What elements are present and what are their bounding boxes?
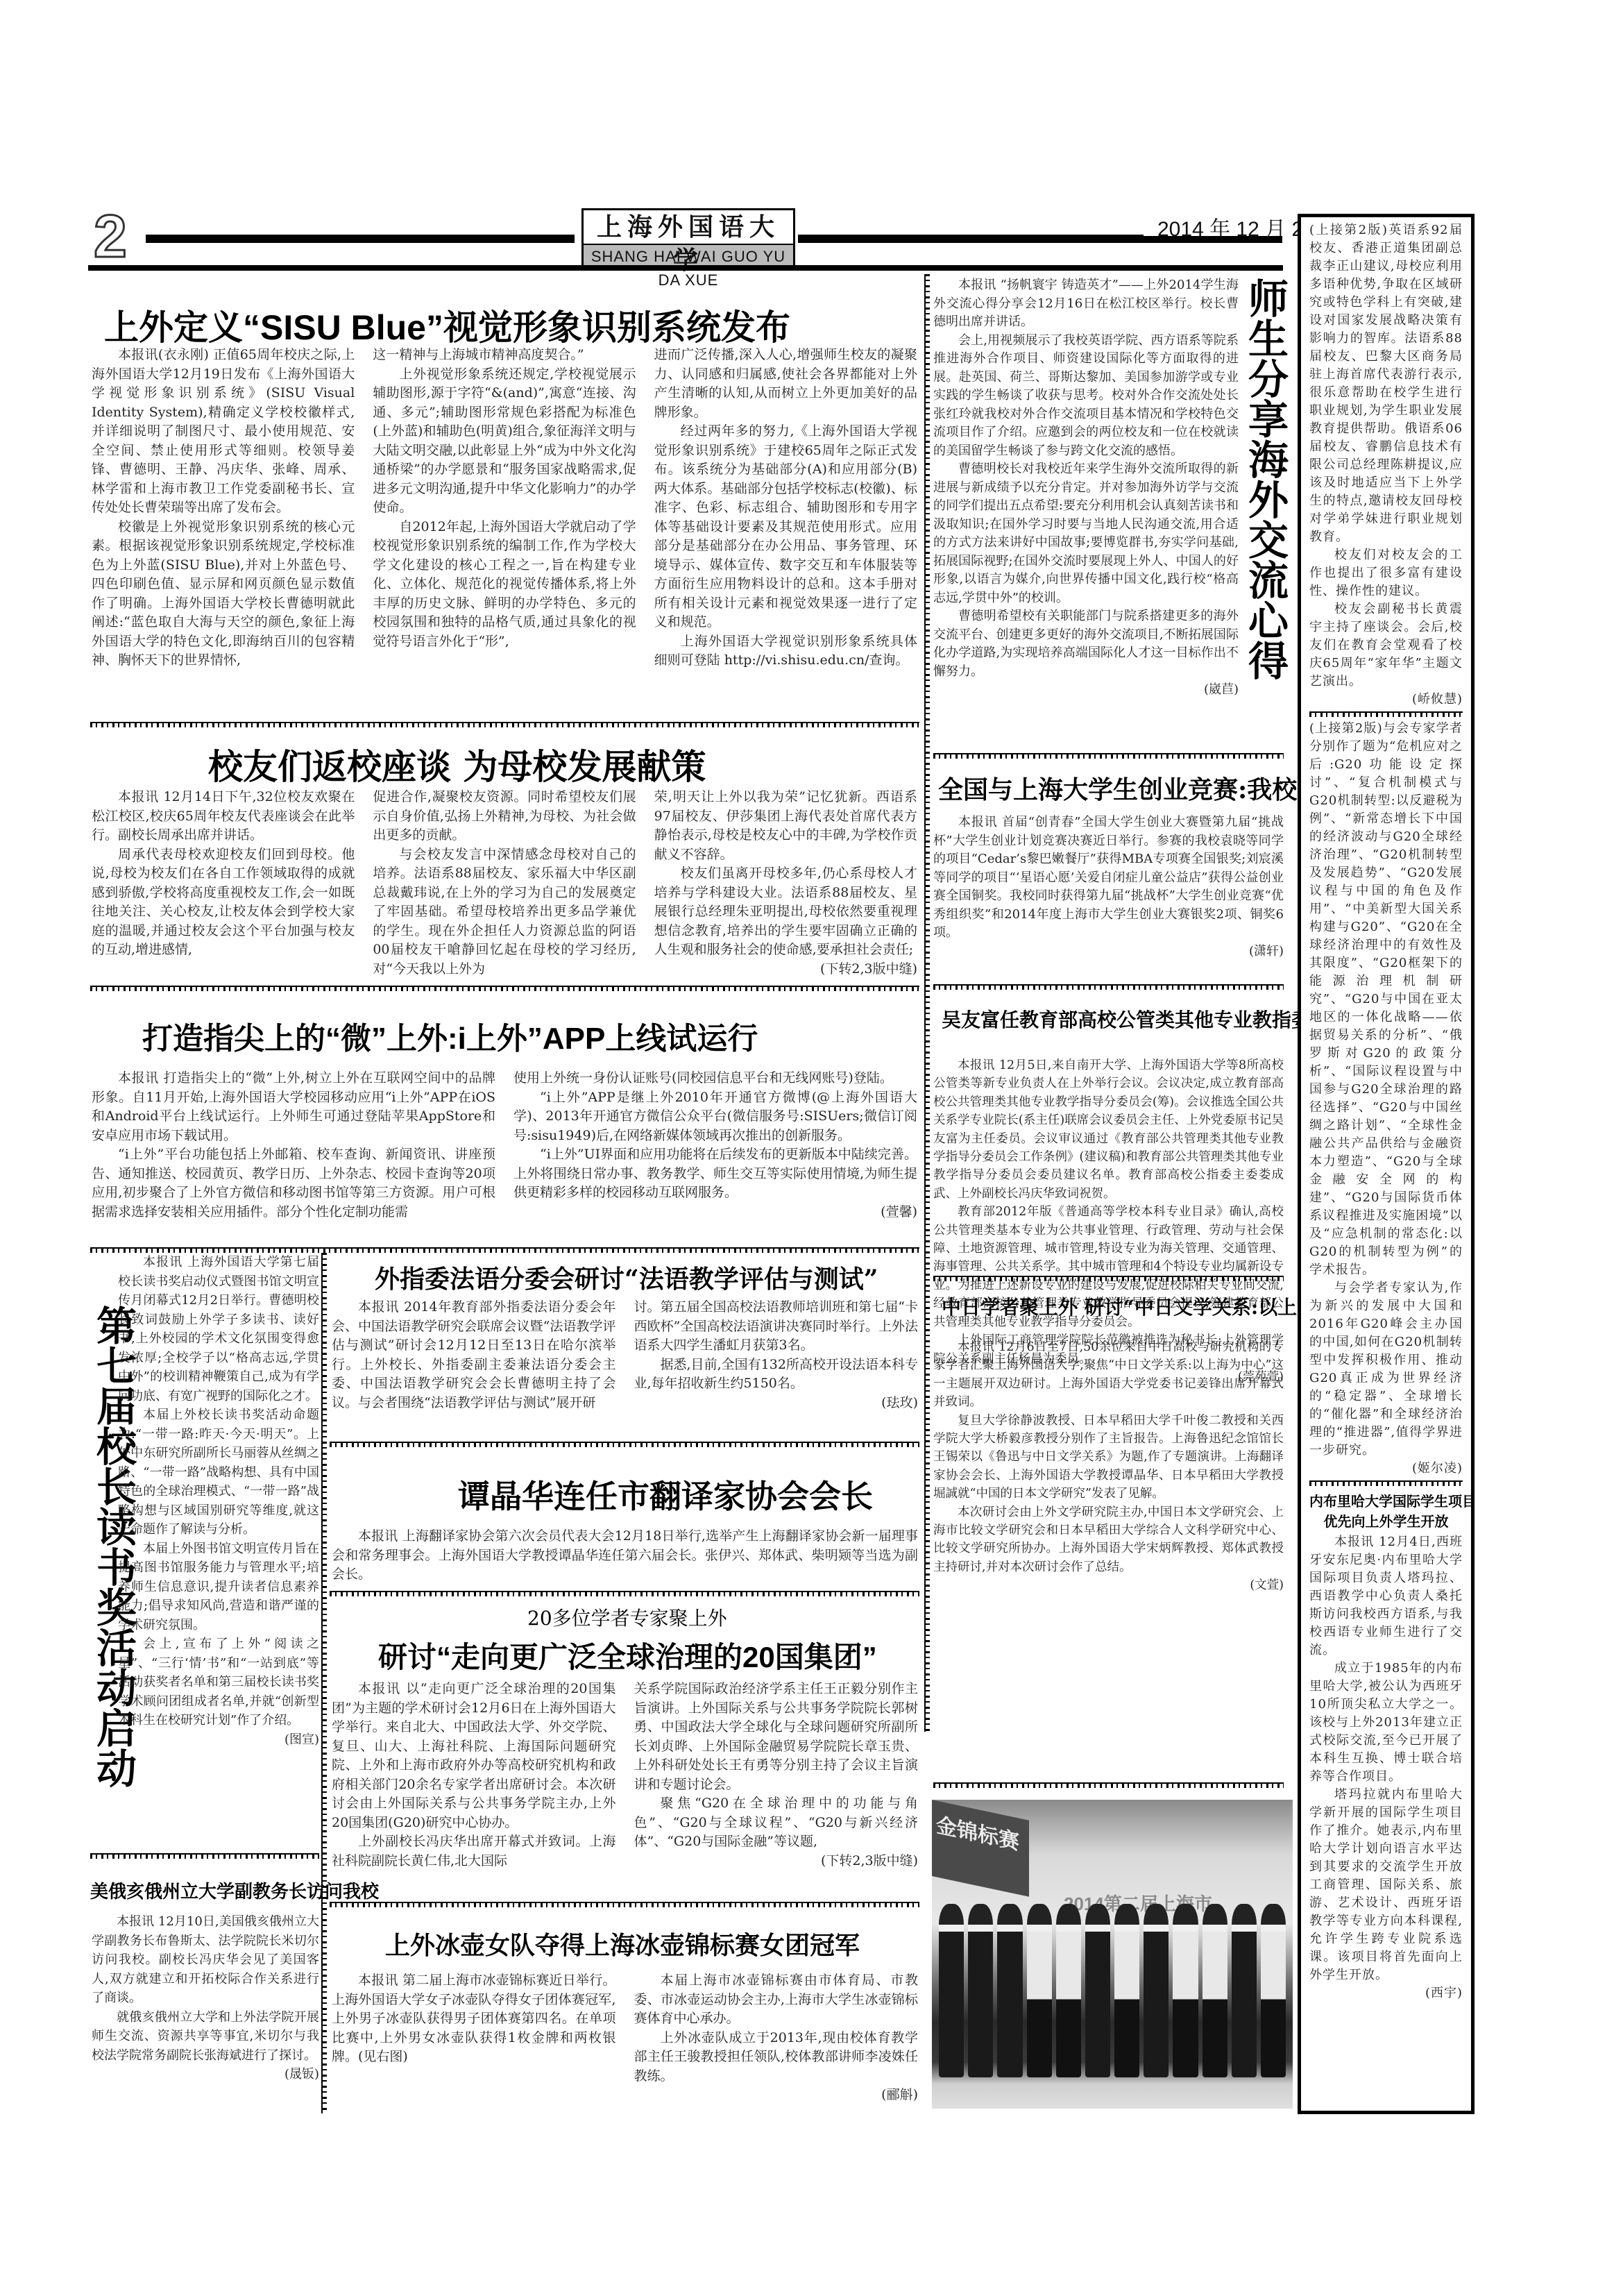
sidebar-alumni-byline: (峤攸慧) [1309,691,1463,709]
sisu-blue-para-4: 上外视觉形象系统还规定,学校视觉展示辅助图形,源于字符“&(and)”,寓意“连… [373,365,636,518]
ohio-para-2: 就俄亥俄州立大学和上外法学院开展师生交流、资源共享等事宜,米切尔与我校法学院常务… [92,2008,319,2066]
g20-para-2: 上外副校长冯庆华出席开幕式并致词。上海社科院副院长黄仁伟,北大国际 [332,1832,616,1871]
sidebar-alumni-para-1: (上接第2版)英语系92届校友、香港正道集团副总裁李正山建议,母校应利用多语种优… [1309,221,1463,546]
headline-curling: 上外冰壶女队夺得上海冰壶锦标赛女团冠军 [385,1926,860,1961]
article-translator: 本报讯 上海翻译家协会第六次会员代表大会12月18日举行,选举产生上海翻译家协会… [332,1527,918,1585]
alumni-para-4: 与会校友发言中深情感念母校对自己的培养。法语系88届校友、家乐福大中华区副总裁戴… [373,845,636,979]
ohio-para-1: 本报讯 12月10日,美国俄亥俄州立大学副教务长布鲁斯太、法学院院长米切尔访问我… [92,1912,319,2008]
alumni-para-2: 周承代表母校欢迎校友们回到母校。他说,母校为校友们在各自工作领域取得的成就感到骄… [92,845,355,960]
sino-japan-byline: (文萱) [933,1576,1284,1594]
sidebar-g20-cont: (上接第2版)与会专家学者分别作了题为“危机应对之后:G20功能设定探讨”、“复… [1309,720,1463,1478]
exchange-para-4: 曹德明希望校有关职能部门与院系搭建更多的海外交流平台、创建更多更好的海外交流项目… [933,607,1239,681]
app-para-3: 使用上外统一身份认证账号(同校园信息平台和无线网账号)登陆。 [513,1069,917,1088]
photo-people [939,1904,1286,2077]
app-byline: (萱馨) [513,1203,917,1222]
sisu-blue-para-8: 上海外国语大学视觉识别形象系统具体细则可登陆 http://vi.shisu.e… [654,632,917,670]
sisu-blue-para-6: 进而广泛传播,深入人心,增强师生校友的凝聚力、认同感和归属感,使社会各界都能对上… [654,346,917,422]
article-sisu-blue: 本报讯(衣永刚) 正值65周年校庆之际,上海外国语大学12月19日发布《上海外国… [92,346,917,720]
headline-sisu-blue: 上外定义“SISU Blue”视觉形象识别系统发布 [104,300,790,350]
g20-para-3: 关系学院国际政治经济学系主任王正毅分别作主旨演讲。上外国际关系与公共事务学院院长… [634,1680,919,1794]
sidebar-g20-byline: (姬尔凌) [1309,1460,1463,1478]
article-ohio: 本报讯 12月10日,美国俄亥俄州立大学副教务长布鲁斯太、法学院院长米切尔访问我… [92,1912,319,2084]
headline-alumni: 校友们返校座谈 为母校发展献策 [208,739,706,789]
exchange-byline: (崴苣) [933,681,1239,700]
sisu-blue-para-5: 自2012年起,上海外国语大学就启动了学校视觉形象识别系统的编制工作,作为学校大… [373,518,636,652]
article-reading-award: 本报讯 上海外国语大学第七届校长读书奖启动仪式暨图书馆文明宣传月闭幕式12月2日… [118,1253,319,1749]
divider [90,1247,919,1253]
alumni-para-1: 本报讯 12月14日下午,32位校友欢聚在松江校区,校庆65周年校友代表座谈会在… [92,788,355,845]
masthead-rule-left [146,235,575,243]
curling-para-3: 上外冰壶队成立于2013年,现由校体育教学部主任王骏教授担任领队,校体教部讲师李… [634,2029,919,2086]
divider [933,1782,1284,1788]
article-app: 本报讯 打造指尖上的“微”上外,树立上外在互联网空间中的品牌形象。自11月开始,… [92,1069,917,1256]
photo-banner: 金锦标赛 [932,1800,1029,1897]
article-sino-japan: 本报讯 12月6日至7日,50余位来自中日高校与研究机构的专家学者汇聚上海外国语… [933,1338,1284,1595]
headline-nebrija-1: 内布里哈大学国际学生项目 [1309,1490,1463,1510]
article-entrepreneur: 本报讯 首届“创青春”全国大学生创业大赛暨第九届“挑战杯”大学生创业计划竞赛决赛… [933,813,1284,961]
masthead-logo: 上海外国语大学 SHANG HAI WAI GUO YU DA XUE [581,208,795,269]
nebrija-para-1: 本报讯 12月4日,西班牙安东尼奥·内布里哈大学国际项目负责人塔玛拉、西语教学中… [1309,1533,1463,1660]
article-g20: 本报讯 以“走向更广泛全球治理的20国集团”为主题的学术研讨会12月6日在上海外… [332,1680,918,1888]
divider [330,1442,919,1447]
paper-name-cn: 上海外国语大学 [584,210,793,244]
g20-para-1: 本报讯 以“走向更广泛全球治理的20国集团”为主题的学术研讨会12月6日在上海外… [332,1680,616,1832]
reading-byline: (图宣) [118,1730,319,1750]
g20-kicker: 20多位学者专家聚上外 [527,1603,727,1631]
nebrija-para-3: 塔玛拉就内布里哈大学新开展的国际学生项目作了推介。她表示,内布里哈大学计划向语言… [1309,1786,1463,1984]
exchange-para-3: 曹德明校长对我校近年来学生海外交流所取得的新进展与新成绩予以充分肯定。并对参加海… [933,460,1239,607]
divider [90,986,919,991]
divider [90,1853,319,1859]
nebrija-byline: (西宇) [1309,1984,1463,2002]
sino-japan-para-3: 本次研讨会由上外文学研究院主办,中国日本文学研究会、上海市比较文学研究会和日本早… [933,1503,1284,1577]
wu-youfu-news: 本报讯 12月5日,来自南开大学、上海外国语大学等8所高校公管类等新专业负责人在… [933,1056,1284,1386]
nebrija-para-2: 成立于1985年的内布里哈大学,被公认为西班牙10所顶尖私立大学之一。该校与上外… [1309,1660,1463,1786]
divider [330,1591,919,1596]
divider [933,753,1284,759]
sidebar-continuations: (上接第2版)英语系92届校友、香港正道集团副总裁李正山建议,母校应利用多语种优… [1298,214,1475,2114]
exchange-para-2: 会上,用视频展示了我校英语学院、西方语系等院系推进海外合作项目、师资建设国际化等… [933,332,1239,461]
exchange-lead: 本报讯 “扬帆寰宇 铸造英才”——上外2014学生海外交流心得分享会12月16日… [933,276,1239,332]
article-curling: 本报讯 第二届上海市冰壶锦标赛近日举行。上海外国语大学女子冰壶队夺得女子团体赛冠… [332,1971,918,2110]
divider [933,1276,1284,1281]
reading-para-1: 本报讯 上海外国语大学第七届校长读书奖启动仪式暨图书馆文明宣传月闭幕式12月2日… [118,1253,319,1406]
reading-para-2: 本届上外校长读书奖活动命题为:“一带一路:昨天·今天·明天”。上外中东研究所副所… [118,1406,319,1539]
sisu-blue-para-1: 本报讯(衣永刚) 正值65周年校庆之际,上海外国语大学12月19日发布《上海外国… [92,346,355,518]
app-para-4: “i上外”APP是继上外2010年开通官方微博(@上海外国语大学)、2013年开… [513,1088,917,1146]
sino-japan-para-2: 复旦大学徐静波教授、日本早稻田大学千叶俊二教授和关西学院大学大桥毅彦教授分别作了… [933,1412,1284,1503]
sino-japan-para-1: 本报讯 12月6日至7日,50余位来自中日高校与研究机构的专家学者汇聚上海外国语… [933,1338,1284,1412]
headline-exchange: 师生分享海外交流心得 [1243,278,1286,680]
headline-french: 外指委法语分委会研讨“法语教学评估与测试” [375,1260,878,1295]
sidebar-nebrija: 本报讯 12月4日,西班牙安东尼奥·内布里哈大学国际项目负责人塔玛拉、西语教学中… [1309,1533,1463,2002]
curling-para-1: 本报讯 第二届上海市冰壶锦标赛近日举行。上海外国语大学女子冰壶队夺得女子团体赛冠… [332,1971,616,2067]
column-divider [924,274,930,1732]
sidebar-alumni-cont: (上接第2版)英语系92届校友、香港正道集团副总裁李正山建议,母校应利用多语种优… [1309,221,1463,709]
headline-nebrija-2: 优先向上外学生开放 [1309,1510,1463,1530]
alumni-para-6: 校友们虽离开母校多年,仍心系母校人才培养与学科建设大业。法语系88届校友、星展银… [654,864,917,960]
sidebar-alumni-para-3: 校友会副秘书长黄震宇主持了座谈会。会后,校友们在教育会堂观看了校庆65周年“家年… [1309,600,1463,691]
sidebar-alumni-para-2: 校友们对校友会的工作也提出了很多富有建设性、操作性的建议。 [1309,546,1463,600]
alumni-para-3: 促进合作,凝聚校友资源。同时希望校友们展示自身价值,弘扬上外精神,为母校、为社会… [373,788,636,845]
g20-jump: (下转2,3版中缝) [634,1852,919,1871]
column-divider [321,1253,327,2113]
ohio-byline: (晟钣) [92,2065,319,2084]
article-exchange: 本报讯 “扬帆寰宇 铸造英才”——上外2014学生海外交流心得分享会12月16日… [933,276,1239,700]
app-para-1: 本报讯 打造指尖上的“微”上外,树立上外在互联网空间中的品牌形象。自11月开始,… [92,1069,495,1145]
divider [90,722,919,727]
translator-para: 本报讯 上海翻译家协会第六次会员代表大会12月18日举行,选举产生上海翻译家协会… [332,1527,918,1585]
french-para-1: 本报讯 2014年教育部外指委法语分委会年会、中国法语教学研究会联席会议暨“法语… [332,1298,616,1412]
alumni-jump: (下转2,3版中缝) [654,960,917,979]
headline-app: 打造指尖上的“微”上外:i上外”APP上线试运行 [142,1013,758,1058]
entrepreneur-byline: (潇轩) [933,943,1284,961]
sisu-blue-para-7: 经过两年多的努力,《上海外国语大学视觉形象识别系统》于建校65周年之际正式发布。… [654,422,917,632]
app-para-5: “i上外”UI界面和应用功能将在后续发布的更新版本中陆续完善。上外将围绕日常办事… [513,1145,917,1203]
french-byline: (珐玫) [634,1394,919,1413]
alumni-para-5: 荣,明天让上外以我为荣”记忆犹新。西语系97届校友、伊莎集团上海代表处首席代表方… [654,788,917,864]
sisu-blue-para-2: 校徽是上外视觉形象识别系统的核心元素。根据该视觉形象识别系统规定,学校标准色为上… [92,518,355,670]
french-para-3: 据悉,目前,全国有132所高校开设法语本科专业,每年招收新生约5150名。 [634,1356,919,1394]
reading-para-4: 会上,宣布了上外“阅读之星”、“三行‘情’书”和“一站到底”等活动获奖者名单和第… [118,1635,319,1730]
sidebar-g20-para-1: (上接第2版)与会专家学者分别作了题为“危机应对之后:G20功能设定探讨”、“复… [1309,720,1463,1279]
curling-byline: (郦斛) [634,2086,919,2105]
divider [1309,1480,1463,1486]
sisu-blue-para-3: 这一精神与上海城市精神高度契合。” [373,346,636,365]
entrepreneur-para: 本报讯 首届“创青春”全国大学生创业大赛暨第九届“挑战杯”大学生创业计划竞赛决赛… [933,813,1284,943]
app-para-2: “i上外”平台功能包括上外邮箱、校车查询、新闻资讯、讲座预告、通知推送、校园黄页… [92,1145,495,1222]
curling-para-2: 本届上海市冰壶锦标赛由市体育局、市教委、市冰壶运动协会主办,上海市大学生冰壶锦标… [634,1971,919,2029]
headline-g20: 研讨“走向更广泛全球治理的20国集团” [378,1635,877,1676]
page-number: 2 [94,207,127,267]
headline-translator: 谭晶华连任市翻译家协会会长 [458,1471,873,1517]
article-alumni: 本报讯 12月14日下午,32位校友欢聚在松江校区,校庆65周年校友代表座谈会在… [92,788,917,996]
article-french: 本报讯 2014年教育部外指委法语分委会年会、中国法语教学研究会联席会议暨“法语… [332,1298,918,1437]
masthead-bottom-rule [88,265,1283,271]
reading-para-3: 本届上外图书馆文明宣传月旨在提高图书馆服务能力与管理水平;培养师生信息意识,提升… [118,1539,319,1635]
masthead-rule-date [902,236,1282,243]
french-para-2: 讨。第五届全国高校法语教师培训班和第七届“卡西欧杯”全国高校法语演讲决赛同时举行… [634,1298,919,1356]
divider [330,1902,919,1907]
divider [1309,711,1463,717]
divider [933,984,1284,990]
wu-youfu-para-1: 本报讯 12月5日,来自南开大学、上海外国语大学等8所高校公管类等新专业负责人在… [933,1056,1284,1203]
g20-para-4: 聚焦“G20在全球治理中的功能与角色”、“G20与全球议程”、“G20与新兴经济… [634,1794,919,1852]
curling-team-photo: 金锦标赛 2014第二届上海市 [932,1800,1293,2109]
sidebar-g20-para-2: 与会学者专家认为,作为新兴的发展中大国和2016年G20峰会主办国的中国,如何在… [1309,1279,1463,1460]
